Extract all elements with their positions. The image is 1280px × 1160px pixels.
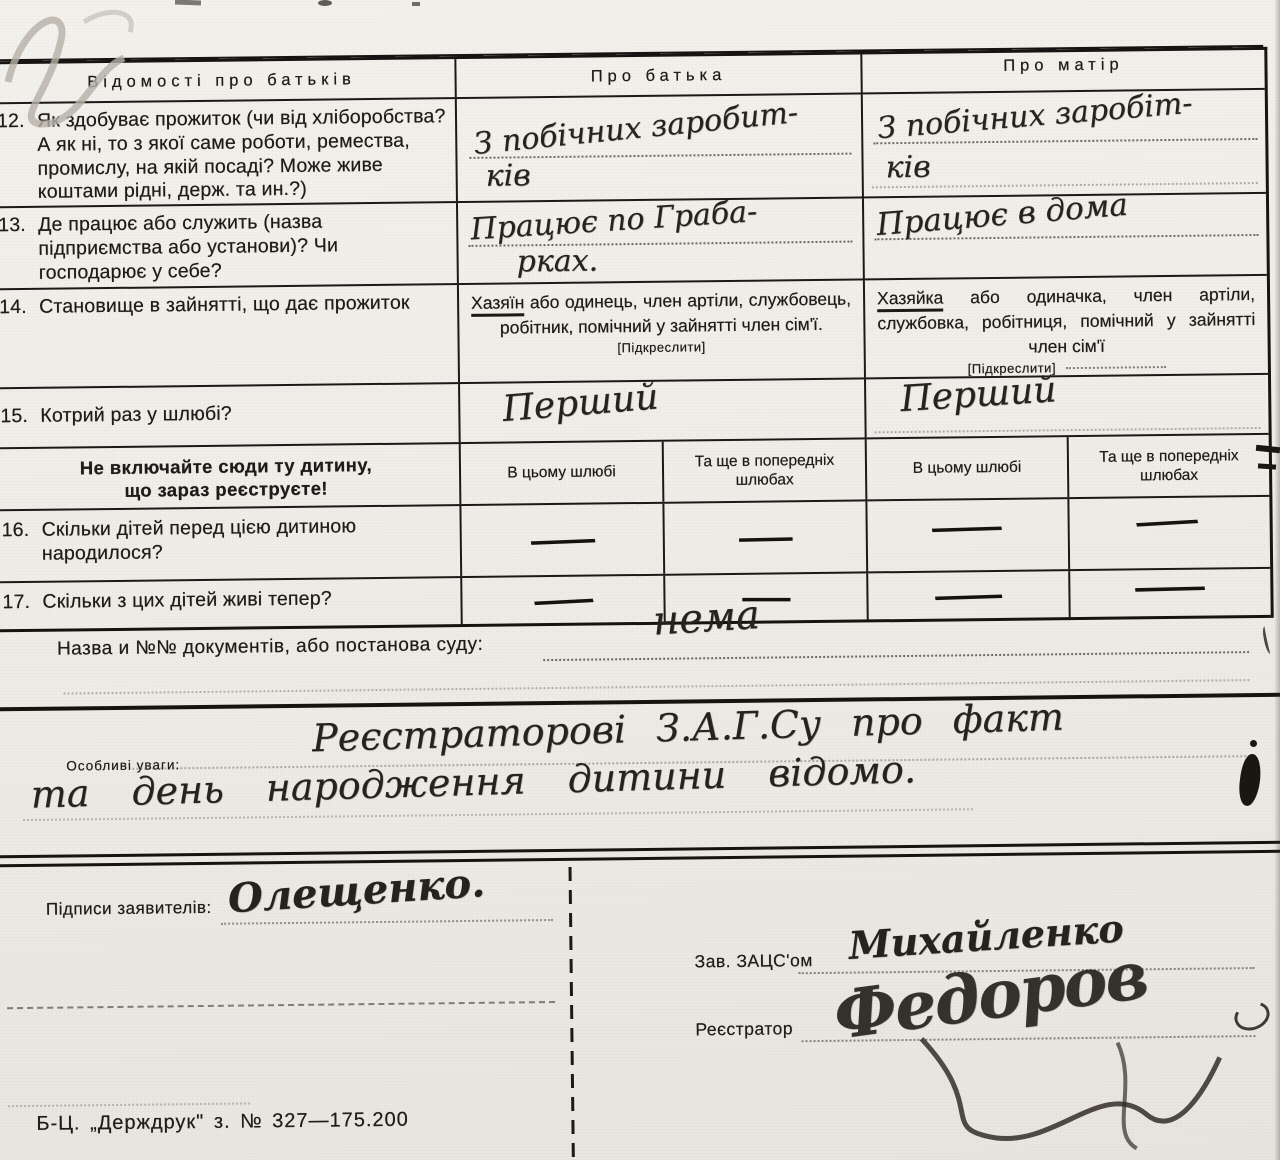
applicants-signature: Олещенко. — [227, 859, 487, 922]
pencil-scribble — [0, 0, 228, 156]
subcol-label-prev-marriages-mother: Та ще в попередніх шлюбах — [1069, 445, 1269, 486]
scan-content: Відомості про батьків Про батька Про мат… — [0, 0, 1280, 1160]
status-options-mother: Хазяйка або одиначка, член артіли, служб… — [865, 276, 1268, 361]
mother-answer: Перший — [899, 369, 1058, 420]
father-answer-line2: ків — [485, 158, 530, 194]
underlined-option: Хазяїн — [471, 292, 525, 317]
dash-mark: — — [527, 581, 600, 619]
underline-caption: [Підкреслити] — [866, 357, 1268, 377]
ink-blob — [1250, 740, 1257, 747]
documents-value: нема — [651, 592, 761, 645]
documents-label: Назва и №№ документів, або постанова суд… — [57, 634, 484, 661]
father-answer: Перший — [501, 376, 660, 430]
header-cell-mother: Про матір — [860, 50, 1264, 93]
dotted-guide-line — [8, 1102, 250, 1107]
father-answer-line2: рках. — [516, 243, 598, 279]
dash-mark: — — [1128, 502, 1205, 541]
question-number: 13. — [0, 214, 39, 286]
subcol-label-prev-marriages-father: Та ще в попередніх шлюбах — [664, 450, 865, 491]
subcol-label-this-marriage-father: В цьому шлюбі — [501, 463, 622, 484]
question-text: Становище в зайнятті, що дає прожиток — [39, 291, 451, 319]
divider-dotted-line — [64, 679, 1250, 694]
question-text: Котрий раз у шлюбі? — [40, 400, 452, 428]
dash-mark: — — [523, 521, 601, 559]
status-options-father: Хазяїн або одинець, член артіли, службов… — [459, 280, 864, 340]
row-q13: 13. Де працює або служить (назва підприє… — [0, 194, 1267, 290]
header-cell-father: Про батька — [454, 54, 860, 97]
row-q14: 14. Становище в зайнятті, що дає прожито… — [0, 276, 1268, 389]
subcol-label-this-marriage-mother: В цьому шлюбі — [907, 458, 1028, 479]
scan-edge-artifact — [318, 0, 332, 6]
father-answer-line1: З побічних заробит- — [472, 95, 799, 162]
scan-edge-artifact — [175, 0, 201, 5]
question-text: Де працює або служить (назва підприємств… — [38, 209, 451, 285]
dash-mark: — — [734, 519, 796, 555]
signatures-divider-vertical — [569, 867, 575, 1160]
mother-answer-line2: ків — [885, 150, 930, 186]
underlined-option: Хазяйка — [877, 288, 944, 313]
applicants-label: Підписи заявителів: — [46, 898, 212, 920]
registrar-label: Реєстратор — [695, 1018, 793, 1040]
question-text: Скільки дітей перед цією дитиною народил… — [42, 514, 455, 566]
scan-edge-artifact — [412, 2, 420, 6]
options-rest: або одинець, член артіли, службовець, ро… — [500, 289, 851, 338]
signature-flourish — [907, 1021, 1228, 1155]
subheader-note-line2: що зараз реєструєте! — [0, 475, 459, 503]
mother-answer-line1: З побічних заробіт- — [876, 86, 1194, 146]
divider-heavy-line — [0, 841, 1280, 859]
dash-mark: — — [929, 577, 1009, 614]
question-text: Скільки з цих дітей живі тепер? — [42, 586, 454, 614]
question-number: 17. — [2, 591, 42, 615]
dash-mark: — — [925, 509, 1008, 546]
dotted-guide-line — [221, 919, 553, 925]
birth-registration-form-scan: Відомості про батьків Про батька Про мат… — [0, 0, 1280, 1160]
father-answer-line1: Працює по Граба- — [469, 194, 758, 247]
question-number: 15. — [0, 405, 40, 429]
documents-dotted-line — [543, 651, 1249, 661]
question-number: 16. — [2, 519, 43, 567]
print-imprint: Б-Ц. „Держдрук" з. № 327—175.200 — [36, 1109, 409, 1136]
question-number: 14. — [0, 296, 39, 320]
underline-caption: [Підкреслити] — [460, 337, 864, 357]
scan-edge-band — [1274, 0, 1280, 1160]
zags-head-label: Зав. ЗАЦС'ом — [694, 950, 812, 972]
dotted-guide-line — [1066, 366, 1166, 369]
dash-mark: — — [1129, 569, 1211, 606]
divider-dashed-line — [7, 1001, 555, 1009]
dotted-guide-line — [875, 427, 1261, 433]
